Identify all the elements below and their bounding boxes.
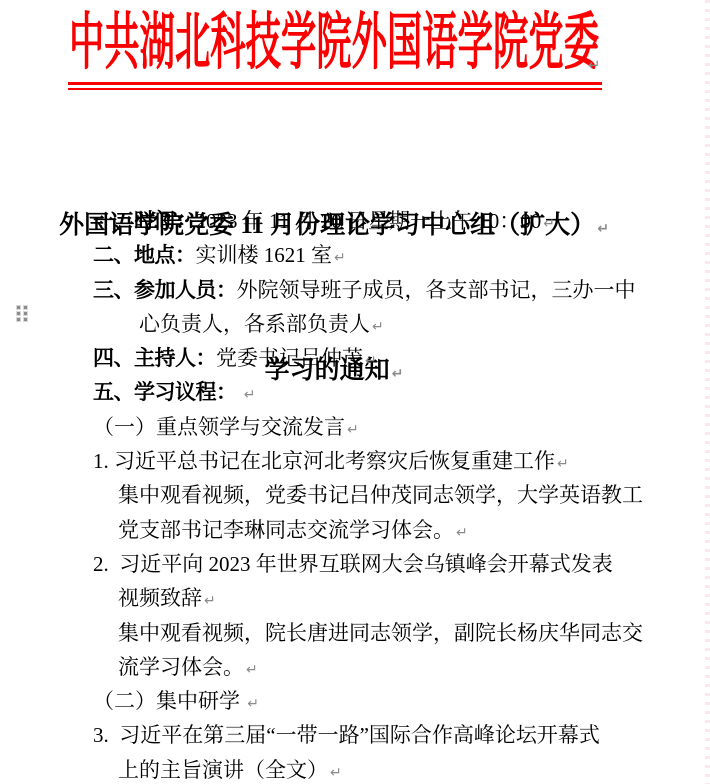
- body-line: 流学习体会。↵: [93, 650, 653, 684]
- body-line: 视频致辞↵: [93, 581, 653, 615]
- line-text: [237, 380, 242, 404]
- line-text: 流学习体会。: [118, 655, 244, 679]
- page-edge-decoration: [705, 0, 710, 784]
- line-text: 2. 习近平向 2023 年世界互联网大会乌镇峰会开幕式发表: [93, 552, 613, 576]
- body-line: （二）集中研学 ↵: [93, 684, 653, 718]
- paragraph-mark-icon: ↵: [365, 353, 377, 369]
- line-text: 外院领导班子成员，各支部书记，三办一中: [237, 278, 636, 302]
- paragraph-mark-icon: ↵: [244, 387, 256, 403]
- line-text: 视频致辞: [118, 586, 202, 610]
- line-text: 实训楼 1621 室: [196, 243, 333, 267]
- body-line: 心负责人，各系部负责人↵: [93, 307, 653, 341]
- line-text: （一）重点领学与交流发言: [93, 415, 345, 439]
- line-text: （二）集中研学: [93, 689, 245, 713]
- body-line: 1. 习近平总书记在北京河北考察灾后恢复重建工作↵: [93, 444, 653, 478]
- paragraph-mark-icon: ↵: [247, 696, 259, 712]
- line-label: 二、地点：: [93, 244, 196, 267]
- body-line: 集中观看视频，党委书记吕仲茂同志领学，大学英语教工: [93, 478, 653, 512]
- drag-handle-icon[interactable]: [17, 306, 27, 321]
- paragraph-mark-icon: ↵: [557, 456, 569, 472]
- paragraph-mark-icon: ↵: [347, 422, 359, 438]
- paragraph-mark-icon: ↵: [246, 662, 258, 678]
- body-line: 三、参加人员：外院领导班子成员，各支部书记，三办一中: [93, 273, 653, 307]
- document-body: 一、时间：2023 年 11 月 20 日星期一上午 10：00↵ 二、地点：实…: [93, 204, 653, 784]
- paragraph-mark-icon: ↵: [334, 250, 346, 266]
- body-line: 五、学习议程： ↵: [93, 375, 653, 409]
- line-text: 党支部书记李琳同志交流学习体会。: [118, 518, 454, 542]
- paragraph-mark-icon: ↵: [588, 56, 601, 74]
- body-line: 四、主持人：党委书记吕仲茂↵: [93, 341, 653, 375]
- body-line: 党支部书记李琳同志交流学习体会。↵: [93, 513, 653, 547]
- paragraph-mark-icon: ↵: [456, 525, 468, 541]
- body-line: （一）重点领学与交流发言↵: [93, 410, 653, 444]
- line-text: 集中观看视频，院长唐进同志领学，副院长杨庆华同志交: [118, 621, 643, 645]
- paragraph-mark-icon: ↵: [330, 765, 342, 781]
- body-line: 3. 习近平在第三届“一带一路”国际合作高峰论坛开幕式: [93, 718, 653, 752]
- line-label: 五、学习议程：: [93, 381, 237, 404]
- paragraph-mark-icon: ↵: [372, 319, 384, 335]
- line-text: 集中观看视频，党委书记吕仲茂同志领学，大学英语教工: [118, 483, 643, 507]
- line-text: 3. 习近平在第三届“一带一路”国际合作高峰论坛开幕式: [93, 723, 600, 747]
- line-text: 心负责人，各系部负责人: [139, 312, 370, 336]
- body-line: 一、时间：2023 年 11 月 20 日星期一上午 10：00↵: [93, 204, 653, 238]
- line-label: 四、主持人：: [93, 347, 216, 370]
- line-label: 三、参加人员：: [93, 279, 237, 302]
- paragraph-mark-icon: ↵: [543, 216, 555, 232]
- paragraph-mark-icon: ↵: [204, 593, 216, 609]
- body-line: 集中观看视频，院长唐进同志领学，副院长杨庆华同志交: [93, 616, 653, 650]
- body-line: 二、地点：实训楼 1621 室↵: [93, 238, 653, 272]
- line-text: 上的主旨演讲（全文）: [118, 758, 328, 782]
- document-page: 中共湖北科技学院外国语学院党委 ↵ 外国语学院党委 11 月份理论学习中心组（扩…: [0, 0, 710, 784]
- body-line: 2. 习近平向 2023 年世界互联网大会乌镇峰会开幕式发表: [93, 547, 653, 581]
- line-text: 2023 年 11 月 20 日星期一上午 10：00: [196, 209, 542, 233]
- letterhead-title: 中共湖北科技学院外国语学院党委: [69, 10, 599, 76]
- letterhead-divider: [68, 82, 602, 90]
- body-line: 上的主旨演讲（全文）↵: [93, 753, 653, 784]
- line-text: 1. 习近平总书记在北京河北考察灾后恢复重建工作: [93, 449, 555, 473]
- line-label: 一、时间：: [93, 210, 196, 233]
- line-text: 党委书记吕仲茂: [216, 346, 363, 370]
